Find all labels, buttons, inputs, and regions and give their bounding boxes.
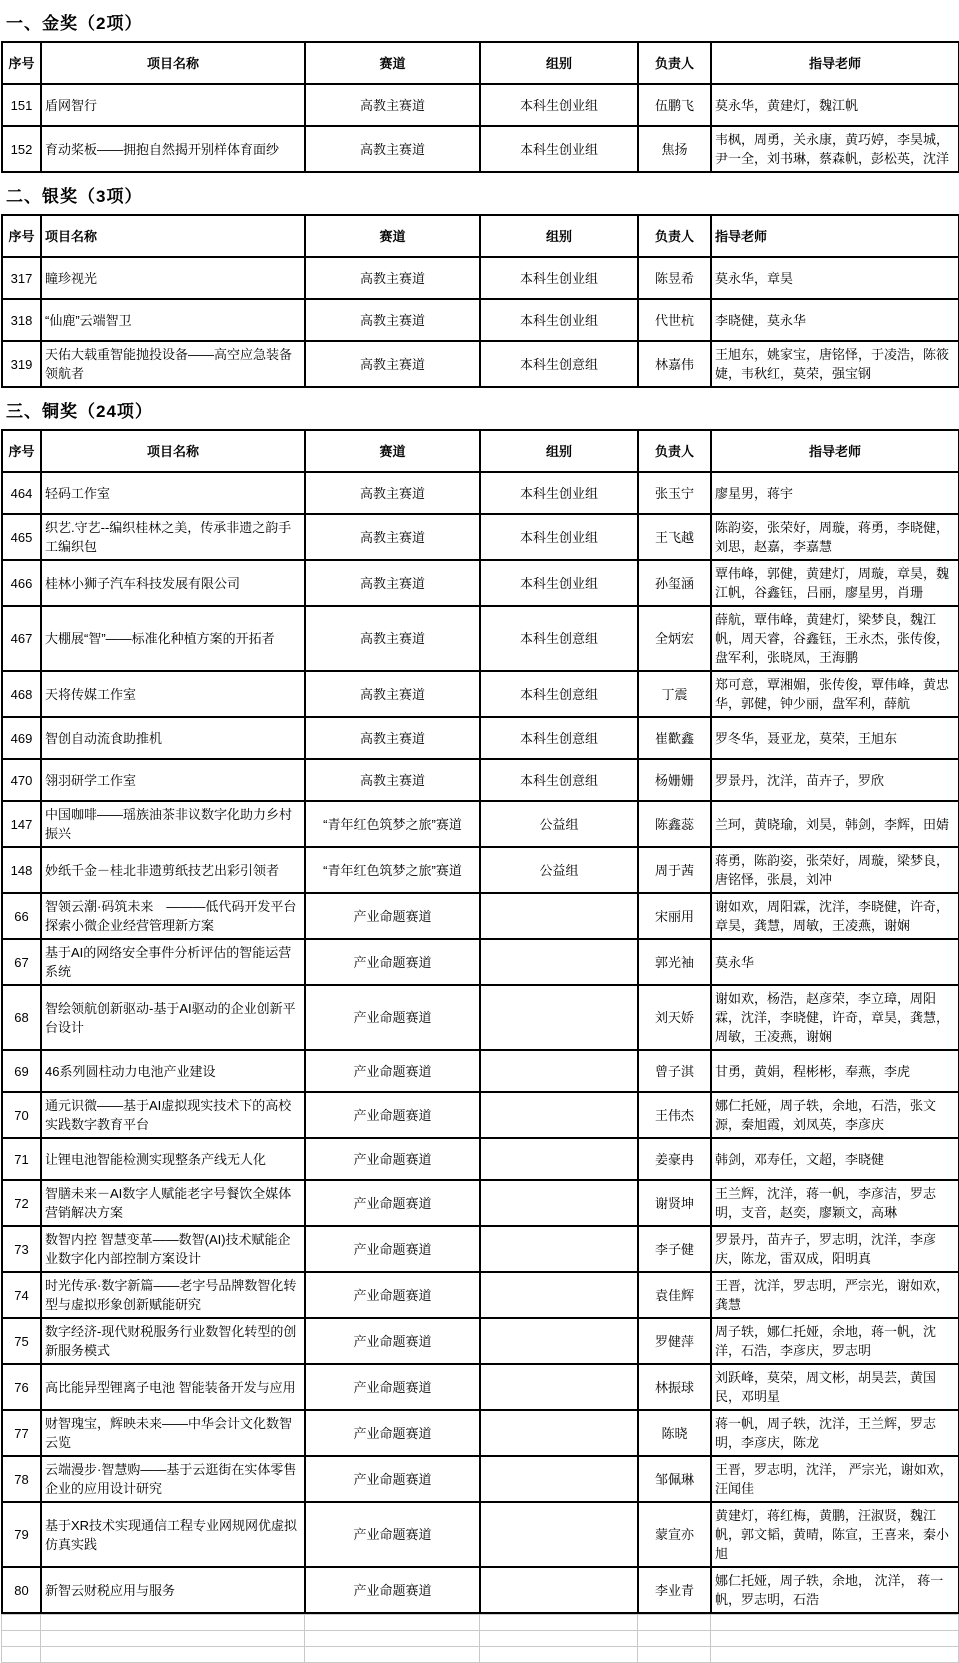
cell-leader: 曾子淇: [638, 1050, 711, 1092]
header-no: 序号: [2, 430, 41, 472]
table-row: 80新智云财税应用与服务产业命题赛道李业青娜仁托娅，周子轶，余地， 沈洋， 蒋一…: [2, 1567, 959, 1613]
table-row: 78云端漫步·智慧购——基于云逛街在实体零售企业的应用设计研究产业命题赛道邹佩琳…: [2, 1456, 959, 1502]
cell-track: 产业命题赛道: [305, 1364, 480, 1410]
cell-track: 产业命题赛道: [305, 1092, 480, 1138]
cell-no: 468: [2, 671, 41, 717]
cell-group: [480, 1410, 638, 1456]
cell-group: 本科生创意组: [480, 606, 638, 671]
cell-group: [480, 1502, 638, 1567]
header-track: 赛道: [305, 215, 480, 257]
cell-no: 152: [2, 126, 41, 172]
cell-teachers: 莫永华，章昊: [711, 257, 959, 299]
empty-cell: [711, 1631, 959, 1647]
cell-leader: 陈晓: [638, 1410, 711, 1456]
cell-teachers: 甘勇，黄娟，程彬彬，奉燕，李虎: [711, 1050, 959, 1092]
cell-leader: 焦扬: [638, 126, 711, 172]
cell-project-name: 云端漫步·智慧购——基于云逛街在实体零售企业的应用设计研究: [41, 1456, 305, 1502]
cell-group: 本科生创业组: [480, 257, 638, 299]
cell-track: 产业命题赛道: [305, 1456, 480, 1502]
cell-leader: 伍鹏飞: [638, 84, 711, 126]
cell-teachers: 王晋，沈洋，罗志明，严宗光，谢如欢，龚慧: [711, 1272, 959, 1318]
cell-track: 产业命题赛道: [305, 939, 480, 985]
table-row: 464轻码工作室高教主赛道本科生创业组张玉宁廖星男，蒋宇: [2, 472, 959, 514]
empty-cell: [711, 1647, 959, 1663]
cell-teachers: 黄建灯，蒋红梅，黄鹏，汪淑贤，魏江帆，郭文韬，黄晴，陈宣，王喜来，秦小旭: [711, 1502, 959, 1567]
empty-grid-host: [0, 1614, 959, 1663]
cell-leader: 郭光袖: [638, 939, 711, 985]
cell-group: 本科生创业组: [480, 84, 638, 126]
cell-no: 70: [2, 1092, 41, 1138]
cell-track: 产业命题赛道: [305, 1502, 480, 1567]
cell-teachers: 罗景丹，沈洋，苗卉子，罗欣: [711, 759, 959, 801]
cell-group: 本科生创业组: [480, 514, 638, 560]
table-row: 147中国咖啡——瑶族油茶非议数字化助力乡村振兴“青年红色筑梦之旅”赛道公益组陈…: [2, 801, 959, 847]
cell-track: 高教主赛道: [305, 341, 480, 387]
cell-teachers: 罗景丹，苗卉子，罗志明，沈洋，李彦庆，陈龙，雷双成，阳明真: [711, 1226, 959, 1272]
cell-leader: 宋丽用: [638, 893, 711, 939]
empty-row: [2, 1647, 959, 1663]
table-row: 468天将传媒工作室高教主赛道本科生创意组丁震郑可意，覃湘媚，张传俊，覃伟峰，黄…: [2, 671, 959, 717]
cell-track: “青年红色筑梦之旅”赛道: [305, 847, 480, 893]
cell-project-name: 让锂电池智能检测实现整条产线无人化: [41, 1138, 305, 1180]
empty-row: [2, 1631, 959, 1647]
cell-no: 77: [2, 1410, 41, 1456]
cell-teachers: 莫永华，黄建灯，魏江帆: [711, 84, 959, 126]
empty-cell: [480, 1615, 638, 1631]
award-section: 二、银奖（3项）序号项目名称赛道组别负责人指导老师317瞳珍视光高教主赛道本科生…: [0, 173, 959, 388]
cell-project-name: 中国咖啡——瑶族油茶非议数字化助力乡村振兴: [41, 801, 305, 847]
empty-cell: [305, 1647, 480, 1663]
cell-no: 465: [2, 514, 41, 560]
cell-leader: 周于茜: [638, 847, 711, 893]
table-row: 70通元识微——基于AI虚拟现实技术下的高校实践数字教育平台产业命题赛道王伟杰娜…: [2, 1092, 959, 1138]
cell-teachers: 韦枫，周勇，关永康，黄巧婷，李昊城，尹一全，刘书琳，蔡森帆，彭松英，沈洋: [711, 126, 959, 172]
cell-teachers: 廖星男，蒋宇: [711, 472, 959, 514]
cell-no: 66: [2, 893, 41, 939]
cell-leader: 罗健萍: [638, 1318, 711, 1364]
cell-teachers: 李晓健，莫永华: [711, 299, 959, 341]
cell-track: 产业命题赛道: [305, 1180, 480, 1226]
cell-leader: 林嘉伟: [638, 341, 711, 387]
cell-track: 产业命题赛道: [305, 1318, 480, 1364]
empty-cell: [638, 1615, 711, 1631]
section-title: 一、金奖（2项）: [0, 0, 959, 41]
header-leader: 负责人: [638, 42, 711, 84]
empty-cell: [41, 1631, 305, 1647]
cell-teachers: 娜仁托娅，周子轶，余地， 沈洋， 蒋一帆，罗志明，石浩: [711, 1567, 959, 1613]
cell-project-name: 育动桨板——拥抱自然揭开别样体育面纱: [41, 126, 305, 172]
empty-cell: [638, 1647, 711, 1663]
cell-leader: 陈昱希: [638, 257, 711, 299]
cell-project-name: 数字经济-现代财税服务行业数智化转型的创新服务模式: [41, 1318, 305, 1364]
cell-project-name: 盾网智行: [41, 84, 305, 126]
cell-project-name: 瞳珍视光: [41, 257, 305, 299]
cell-leader: 代世杭: [638, 299, 711, 341]
cell-leader: 王飞越: [638, 514, 711, 560]
cell-group: [480, 1318, 638, 1364]
header-teachers: 指导老师: [711, 42, 959, 84]
table-row: 77财智瑰宝，辉映未来——中华会计文化数智云览产业命题赛道陈晓蒋一帆，周子轶，沈…: [2, 1410, 959, 1456]
cell-no: 78: [2, 1456, 41, 1502]
cell-project-name: 智绘领航创新驱动-基于AI驱动的企业创新平台设计: [41, 985, 305, 1050]
awards-sheet: 一、金奖（2项）序号项目名称赛道组别负责人指导老师151盾网智行高教主赛道本科生…: [0, 0, 959, 1663]
cell-group: 本科生创意组: [480, 341, 638, 387]
cell-track: 产业命题赛道: [305, 1050, 480, 1092]
header-group: 组别: [480, 42, 638, 84]
cell-no: 80: [2, 1567, 41, 1613]
empty-cell: [711, 1615, 959, 1631]
cell-project-name: 46系列圆柱动力电池产业建设: [41, 1050, 305, 1092]
cell-group: 本科生创意组: [480, 759, 638, 801]
table-row: 470翎羽研学工作室高教主赛道本科生创意组杨姗姗罗景丹，沈洋，苗卉子，罗欣: [2, 759, 959, 801]
cell-track: 产业命题赛道: [305, 1138, 480, 1180]
cell-no: 71: [2, 1138, 41, 1180]
cell-project-name: 基于AI的网络安全事件分析评估的智能运营系统: [41, 939, 305, 985]
table-row: 466桂林小狮子汽车科技发展有限公司高教主赛道本科生创业组孙玺涵覃伟峰，郭健，黄…: [2, 560, 959, 606]
cell-no: 147: [2, 801, 41, 847]
table-row: 67基于AI的网络安全事件分析评估的智能运营系统产业命题赛道郭光袖莫永华: [2, 939, 959, 985]
cell-teachers: 周子轶，娜仁托娅，余地，蒋一帆，沈洋，石浩，李彦庆，罗志明: [711, 1318, 959, 1364]
empty-cell: [480, 1631, 638, 1647]
cell-no: 68: [2, 985, 41, 1050]
empty-row: [2, 1615, 959, 1631]
table-row: 68智绘领航创新驱动-基于AI驱动的企业创新平台设计产业命题赛道刘天娇谢如欢，杨…: [2, 985, 959, 1050]
empty-cell: [41, 1647, 305, 1663]
cell-leader: 姜豪冉: [638, 1138, 711, 1180]
cell-no: 464: [2, 472, 41, 514]
cell-group: 公益组: [480, 847, 638, 893]
cell-project-name: 高比能异型锂离子电池 智能装备开发与应用: [41, 1364, 305, 1410]
cell-teachers: 谢如欢，杨浩，赵彦荣，李立璋，周阳霖，沈洋，李晓健，许奇，章昊，龚慧，周敏，王凌…: [711, 985, 959, 1050]
cell-no: 74: [2, 1272, 41, 1318]
cell-no: 319: [2, 341, 41, 387]
header-no: 序号: [2, 215, 41, 257]
cell-teachers: 王晋，罗志明，沈洋， 严宗光，谢如欢，汪闻佳: [711, 1456, 959, 1502]
cell-teachers: 谢如欢，周阳霖，沈洋，李晓健，许奇，章昊，龚慧，周敏，王凌燕，谢娴: [711, 893, 959, 939]
cell-group: 本科生创业组: [480, 472, 638, 514]
cell-group: 本科生创意组: [480, 671, 638, 717]
cell-track: 产业命题赛道: [305, 1567, 480, 1613]
cell-project-name: 时光传承·数字新篇——老字号品牌数智化转型与虚拟形象创新赋能研究: [41, 1272, 305, 1318]
cell-track: 产业命题赛道: [305, 985, 480, 1050]
empty-cell: [2, 1647, 41, 1663]
cell-no: 466: [2, 560, 41, 606]
sections-host: 一、金奖（2项）序号项目名称赛道组别负责人指导老师151盾网智行高教主赛道本科生…: [0, 0, 959, 1614]
cell-leader: 张玉宁: [638, 472, 711, 514]
empty-cell: [480, 1647, 638, 1663]
cell-group: [480, 939, 638, 985]
header-group: 组别: [480, 215, 638, 257]
cell-group: [480, 1180, 638, 1226]
cell-leader: 袁佳辉: [638, 1272, 711, 1318]
cell-project-name: 数智内控 智慧变革——数智(AI)技术赋能企业数字化内部控制方案设计: [41, 1226, 305, 1272]
cell-no: 79: [2, 1502, 41, 1567]
cell-group: [480, 1050, 638, 1092]
cell-teachers: 蒋一帆，周子轶，沈洋，王兰辉，罗志明，李彦庆，陈龙: [711, 1410, 959, 1456]
table-row: 73数智内控 智慧变革——数智(AI)技术赋能企业数字化内部控制方案设计产业命题…: [2, 1226, 959, 1272]
table-row: 72智膳未来－AI数字人赋能老字号餐饮全媒体营销解决方案产业命题赛道谢贤坤王兰辉…: [2, 1180, 959, 1226]
cell-project-name: “仙鹿”云端智卫: [41, 299, 305, 341]
empty-cell: [41, 1615, 305, 1631]
header-row: 序号项目名称赛道组别负责人指导老师: [2, 42, 959, 84]
header-teachers: 指导老师: [711, 215, 959, 257]
cell-track: 高教主赛道: [305, 299, 480, 341]
cell-no: 469: [2, 717, 41, 759]
table-row: 465织艺.守艺--编织桂林之美，传承非遗之韵手工编织包高教主赛道本科生创业组王…: [2, 514, 959, 560]
award-section: 三、铜奖（24项）序号项目名称赛道组别负责人指导老师464轻码工作室高教主赛道本…: [0, 388, 959, 1614]
cell-teachers: 刘跃峰，莫荣，周文彬，胡昊芸，黄国民，邓明星: [711, 1364, 959, 1410]
cell-track: 产业命题赛道: [305, 893, 480, 939]
empty-cell: [305, 1631, 480, 1647]
cell-leader: 林振球: [638, 1364, 711, 1410]
cell-group: [480, 985, 638, 1050]
cell-track: 高教主赛道: [305, 84, 480, 126]
cell-no: 317: [2, 257, 41, 299]
cell-track: 高教主赛道: [305, 717, 480, 759]
cell-group: [480, 1092, 638, 1138]
cell-leader: 崔歡鑫: [638, 717, 711, 759]
cell-no: 75: [2, 1318, 41, 1364]
table-row: 318“仙鹿”云端智卫高教主赛道本科生创业组代世杭李晓健，莫永华: [2, 299, 959, 341]
table-row: 74时光传承·数字新篇——老字号品牌数智化转型与虚拟形象创新赋能研究产业命题赛道…: [2, 1272, 959, 1318]
cell-group: 本科生创业组: [480, 126, 638, 172]
cell-no: 73: [2, 1226, 41, 1272]
section-title: 二、银奖（3项）: [0, 173, 959, 214]
cell-leader: 全炳宏: [638, 606, 711, 671]
cell-group: 本科生创业组: [480, 560, 638, 606]
header-leader: 负责人: [638, 215, 711, 257]
cell-project-name: 智膳未来－AI数字人赋能老字号餐饮全媒体营销解决方案: [41, 1180, 305, 1226]
table-row: 75数字经济-现代财税服务行业数智化转型的创新服务模式产业命题赛道罗健萍周子轶，…: [2, 1318, 959, 1364]
cell-teachers: 兰珂，黄晓瑜，刘昊，韩剑，李辉，田婧: [711, 801, 959, 847]
cell-no: 470: [2, 759, 41, 801]
cell-project-name: 大棚展“智”——标准化种植方案的开拓者: [41, 606, 305, 671]
cell-teachers: 王旭东，姚家宝，唐铭怿，于凌浩，陈筱婕，韦秋红，莫荣，强宝钢: [711, 341, 959, 387]
cell-leader: 谢贤坤: [638, 1180, 711, 1226]
cell-project-name: 通元识微——基于AI虚拟现实技术下的高校实践数字教育平台: [41, 1092, 305, 1138]
cell-group: [480, 893, 638, 939]
cell-track: 产业命题赛道: [305, 1410, 480, 1456]
cell-project-name: 智领云潮·码筑未来 ———低代码开发平台探索小微企业经营管理新方案: [41, 893, 305, 939]
table-row: 6946系列圆柱动力电池产业建设产业命题赛道曾子淇甘勇，黄娟，程彬彬，奉燕，李虎: [2, 1050, 959, 1092]
empty-cell: [2, 1615, 41, 1631]
cell-leader: 李子健: [638, 1226, 711, 1272]
award-section: 一、金奖（2项）序号项目名称赛道组别负责人指导老师151盾网智行高教主赛道本科生…: [0, 0, 959, 173]
cell-leader: 孙玺涵: [638, 560, 711, 606]
cell-project-name: 翎羽研学工作室: [41, 759, 305, 801]
cell-leader: 邹佩琳: [638, 1456, 711, 1502]
cell-track: 高教主赛道: [305, 514, 480, 560]
section-title: 三、铜奖（24项）: [0, 388, 959, 429]
cell-track: 高教主赛道: [305, 759, 480, 801]
empty-cell: [2, 1631, 41, 1647]
cell-track: 高教主赛道: [305, 472, 480, 514]
cell-teachers: 蒋勇，陈韵姿，张荣好，周璇，梁梦良，唐铭怿，张晨，刘冲: [711, 847, 959, 893]
cell-no: 76: [2, 1364, 41, 1410]
cell-leader: 刘天娇: [638, 985, 711, 1050]
cell-teachers: 郑可意，覃湘媚，张传俊，覃伟峰，黄忠华，郭健，钟少丽，盘军利，薛航: [711, 671, 959, 717]
header-no: 序号: [2, 42, 41, 84]
cell-project-name: 新智云财税应用与服务: [41, 1567, 305, 1613]
cell-project-name: 桂林小狮子汽车科技发展有限公司: [41, 560, 305, 606]
cell-project-name: 织艺.守艺--编织桂林之美，传承非遗之韵手工编织包: [41, 514, 305, 560]
table-row: 152育动桨板——拥抱自然揭开别样体育面纱高教主赛道本科生创业组焦扬韦枫，周勇，…: [2, 126, 959, 172]
header-row: 序号项目名称赛道组别负责人指导老师: [2, 215, 959, 257]
header-project-name: 项目名称: [41, 430, 305, 472]
header-leader: 负责人: [638, 430, 711, 472]
header-row: 序号项目名称赛道组别负责人指导老师: [2, 430, 959, 472]
award-table: 序号项目名称赛道组别负责人指导老师464轻码工作室高教主赛道本科生创业组张玉宁廖…: [1, 429, 959, 1614]
cell-group: [480, 1272, 638, 1318]
cell-no: 72: [2, 1180, 41, 1226]
empty-grid: [1, 1614, 959, 1663]
header-teachers: 指导老师: [711, 430, 959, 472]
header-track: 赛道: [305, 430, 480, 472]
table-row: 319天佑大载重智能抛投设备——高空应急装备领航者高教主赛道本科生创意组林嘉伟王…: [2, 341, 959, 387]
cell-no: 467: [2, 606, 41, 671]
award-table: 序号项目名称赛道组别负责人指导老师151盾网智行高教主赛道本科生创业组伍鹏飞莫永…: [1, 41, 959, 173]
cell-track: “青年红色筑梦之旅”赛道: [305, 801, 480, 847]
cell-leader: 丁震: [638, 671, 711, 717]
cell-group: 公益组: [480, 801, 638, 847]
cell-track: 产业命题赛道: [305, 1272, 480, 1318]
cell-teachers: 薛航，覃伟峰，黄建灯，梁梦良，魏江帆，周天睿，谷鑫钰，王永杰，张传俊，盘军利，张…: [711, 606, 959, 671]
cell-track: 高教主赛道: [305, 606, 480, 671]
cell-track: 高教主赛道: [305, 126, 480, 172]
cell-project-name: 轻码工作室: [41, 472, 305, 514]
table-row: 71让锂电池智能检测实现整条产线无人化产业命题赛道姜豪冉韩剑，邓寿任，文超，李晓…: [2, 1138, 959, 1180]
cell-track: 产业命题赛道: [305, 1226, 480, 1272]
cell-group: [480, 1567, 638, 1613]
cell-group: [480, 1456, 638, 1502]
cell-track: 高教主赛道: [305, 560, 480, 606]
cell-no: 67: [2, 939, 41, 985]
cell-teachers: 陈韵姿，张荣好，周璇，蒋勇，李晓健，刘思，赵嘉，李嘉慧: [711, 514, 959, 560]
empty-cell: [305, 1615, 480, 1631]
cell-no: 148: [2, 847, 41, 893]
cell-project-name: 智创自动流食助推机: [41, 717, 305, 759]
cell-track: 高教主赛道: [305, 257, 480, 299]
cell-teachers: 莫永华: [711, 939, 959, 985]
cell-project-name: 天佑大载重智能抛投设备——高空应急装备领航者: [41, 341, 305, 387]
cell-teachers: 娜仁托娅，周子轶，余地，石浩，张文源，秦旭霞，刘凤英，李彦庆: [711, 1092, 959, 1138]
table-row: 467大棚展“智”——标准化种植方案的开拓者高教主赛道本科生创意组全炳宏薛航，覃…: [2, 606, 959, 671]
table-row: 66智领云潮·码筑未来 ———低代码开发平台探索小微企业经营管理新方案产业命题赛…: [2, 893, 959, 939]
cell-leader: 杨姗姗: [638, 759, 711, 801]
cell-project-name: 基于XR技术实现通信工程专业网规网优虚拟仿真实践: [41, 1502, 305, 1567]
empty-cell: [638, 1631, 711, 1647]
cell-track: 高教主赛道: [305, 671, 480, 717]
cell-project-name: 财智瑰宝，辉映未来——中华会计文化数智云览: [41, 1410, 305, 1456]
table-row: 469智创自动流食助推机高教主赛道本科生创意组崔歡鑫罗冬华，聂亚龙，莫荣，王旭东: [2, 717, 959, 759]
table-row: 76高比能异型锂离子电池 智能装备开发与应用产业命题赛道林振球刘跃峰，莫荣，周文…: [2, 1364, 959, 1410]
cell-group: [480, 1138, 638, 1180]
cell-group: [480, 1364, 638, 1410]
cell-leader: 陈鑫蕊: [638, 801, 711, 847]
table-row: 151盾网智行高教主赛道本科生创业组伍鹏飞莫永华，黄建灯，魏江帆: [2, 84, 959, 126]
table-row: 148妙纸千金－桂北非遗剪纸技艺出彩引领者“青年红色筑梦之旅”赛道公益组周于茜蒋…: [2, 847, 959, 893]
cell-leader: 李业青: [638, 1567, 711, 1613]
cell-leader: 蒙宣亦: [638, 1502, 711, 1567]
cell-teachers: 罗冬华，聂亚龙，莫荣，王旭东: [711, 717, 959, 759]
cell-no: 151: [2, 84, 41, 126]
header-track: 赛道: [305, 42, 480, 84]
cell-teachers: 韩剑，邓寿任，文超，李晓健: [711, 1138, 959, 1180]
cell-no: 318: [2, 299, 41, 341]
award-table: 序号项目名称赛道组别负责人指导老师317瞳珍视光高教主赛道本科生创业组陈昱希莫永…: [1, 214, 959, 388]
cell-project-name: 妙纸千金－桂北非遗剪纸技艺出彩引领者: [41, 847, 305, 893]
cell-leader: 王伟杰: [638, 1092, 711, 1138]
cell-group: [480, 1226, 638, 1272]
cell-group: 本科生创意组: [480, 717, 638, 759]
table-row: 317瞳珍视光高教主赛道本科生创业组陈昱希莫永华，章昊: [2, 257, 959, 299]
cell-teachers: 王兰辉，沈洋，蒋一帆，李彦洁，罗志明，支音，赵奕，廖颖文，高琳: [711, 1180, 959, 1226]
table-row: 79基于XR技术实现通信工程专业网规网优虚拟仿真实践产业命题赛道蒙宣亦黄建灯，蒋…: [2, 1502, 959, 1567]
header-group: 组别: [480, 430, 638, 472]
header-project-name: 项目名称: [41, 42, 305, 84]
cell-project-name: 天将传媒工作室: [41, 671, 305, 717]
cell-no: 69: [2, 1050, 41, 1092]
header-project-name: 项目名称: [41, 215, 305, 257]
cell-group: 本科生创业组: [480, 299, 638, 341]
cell-teachers: 覃伟峰，郭健，黄建灯，周璇，章昊，魏江帆，谷鑫钰，吕丽，廖星男，肖珊: [711, 560, 959, 606]
